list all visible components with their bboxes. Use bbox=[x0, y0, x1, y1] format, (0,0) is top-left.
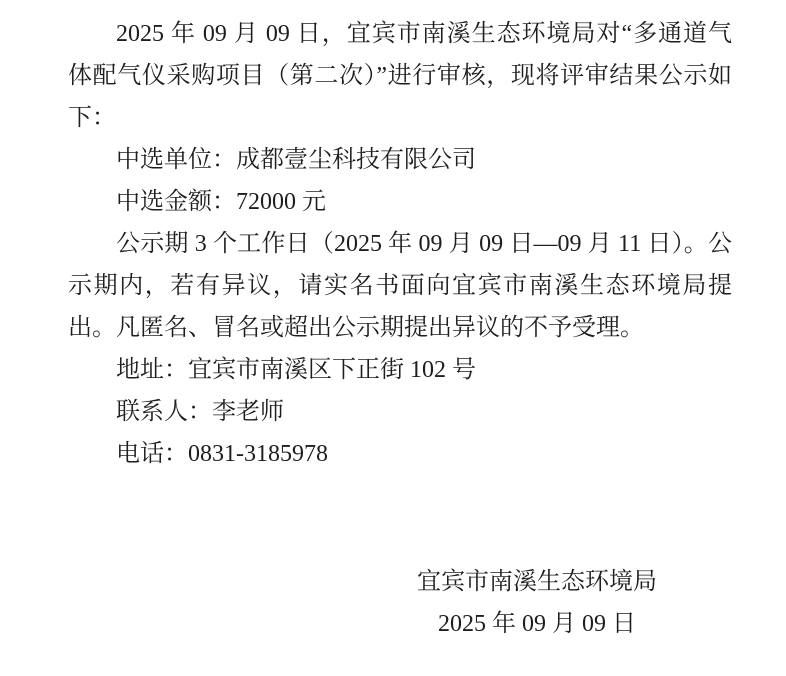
paragraph-intro: 2025 年 09 月 09 日，宜宾市南溪生态环境局对“多通道气体配气仪采购项… bbox=[68, 13, 732, 139]
signature-date: 2025 年 09 月 09 日 bbox=[412, 603, 662, 645]
paragraph-publicity-period: 公示期 3 个工作日（2025 年 09 月 09 日—09 月 11 日）。公… bbox=[68, 223, 732, 349]
paragraph-winning-bidder: 中选单位：成都壹尘科技有限公司 bbox=[68, 139, 732, 181]
paragraph-phone: 电话：0831-3185978 bbox=[68, 433, 732, 475]
document-page: 2025 年 09 月 09 日，宜宾市南溪生态环境局对“多通道气体配气仪采购项… bbox=[0, 0, 786, 676]
signature-block: 宜宾市南溪生态环境局 2025 年 09 月 09 日 bbox=[412, 561, 662, 645]
signature-organization: 宜宾市南溪生态环境局 bbox=[412, 561, 662, 603]
paragraph-contact-person: 联系人：李老师 bbox=[68, 391, 732, 433]
paragraph-winning-amount: 中选金额：72000 元 bbox=[68, 181, 732, 223]
paragraph-address: 地址：宜宾市南溪区下正街 102 号 bbox=[68, 349, 732, 391]
